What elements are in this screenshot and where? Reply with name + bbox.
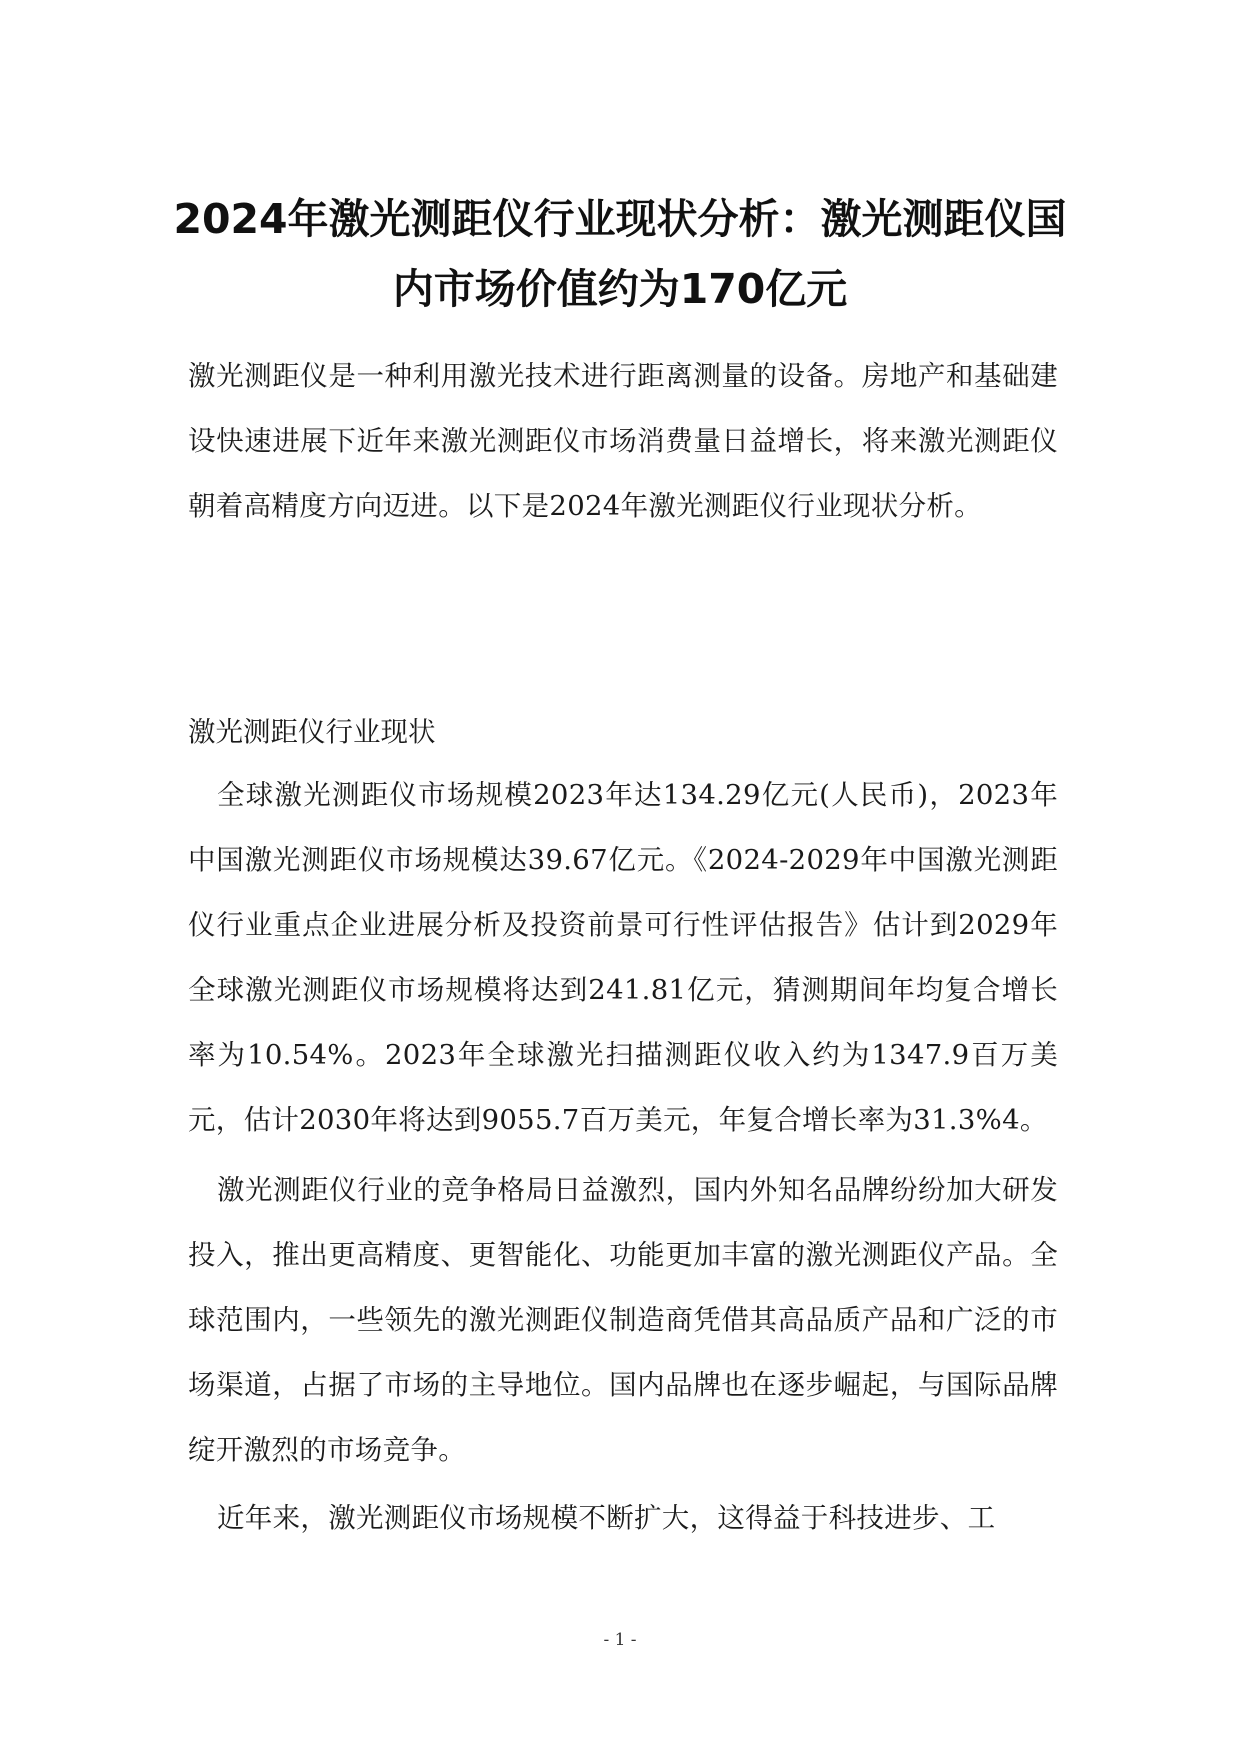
section-heading: 激光测距仪行业现状	[188, 700, 1058, 765]
intro-paragraph: 激光测距仪是一种利用激光技术进行距离测量的设备。房地产和基础建设快速进展下近年来…	[188, 344, 1058, 539]
paragraph-growth: 近年来，激光测距仪市场规模不断扩大，这得益于科技进步、工	[188, 1486, 1058, 1551]
document-title: 2024年激光测距仪行业现状分析：激光测距仪国内市场价值约为170亿元	[160, 184, 1080, 324]
document-page: 2024年激光测距仪行业现状分析：激光测距仪国内市场价值约为170亿元 激光测距…	[0, 0, 1240, 1753]
paragraph-competition: 激光测距仪行业的竞争格局日益激烈，国内外知名品牌纷纷加大研发投入，推出更高精度、…	[188, 1158, 1058, 1483]
paragraph-market-size: 全球激光测距仪市场规模2023年达134.29亿元(人民币)，2023年中国激光…	[188, 763, 1058, 1153]
page-number: - 1 -	[0, 1630, 1240, 1650]
